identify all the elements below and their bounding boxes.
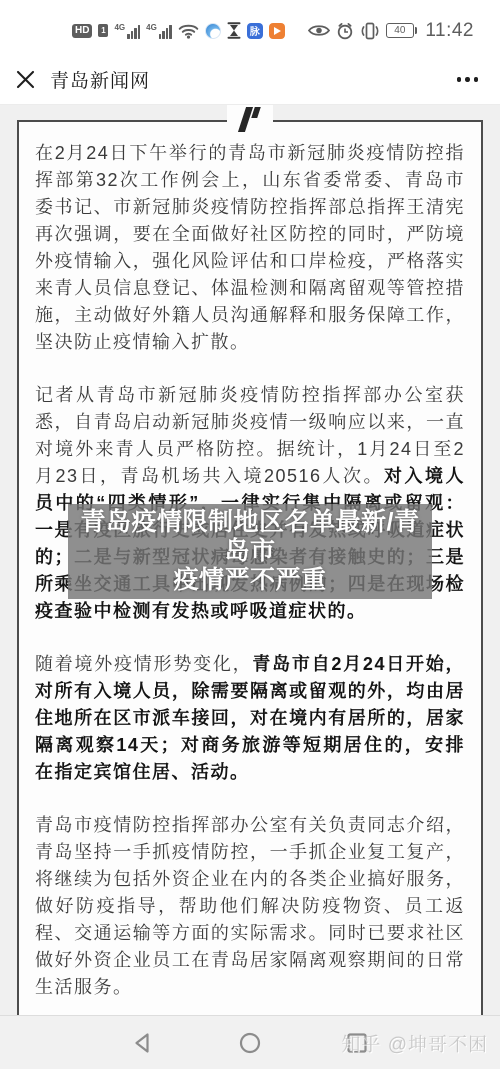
- system-nav-bar: 知乎 @坤哥不困: [0, 1015, 500, 1069]
- hd-voice-icon: HD: [72, 24, 92, 38]
- eye-comfort-icon: [308, 23, 330, 38]
- article-paragraph-4: 青岛市疫情防控指挥部办公室有关负责同志介绍，青岛坚持一手抓疫情防控，一手抓企业复…: [35, 812, 465, 1001]
- maimai-app-icon: 脉: [247, 23, 263, 39]
- alarm-clock-icon: [336, 22, 354, 40]
- overlay-title-line2: 疫情严不严重: [70, 566, 430, 595]
- back-button[interactable]: [131, 1031, 155, 1055]
- battery-icon: 40: [386, 23, 418, 38]
- slash-large: [237, 107, 252, 132]
- overlay-title-line1: 青岛疫情限制地区名单最新/青岛市: [70, 508, 430, 566]
- phone-screen: HD 1 4G 4G: [0, 0, 500, 1069]
- play-triangle-icon: [274, 27, 281, 35]
- status-bar: HD 1 4G 4G: [0, 0, 500, 55]
- sim1-badge-icon: 1: [98, 24, 108, 37]
- close-icon: [15, 69, 36, 90]
- zhihu-watermark: 知乎 @坤哥不困: [341, 1029, 488, 1056]
- status-bar-right-icons: 40 11:42: [308, 20, 474, 42]
- battery-percent: 40: [386, 23, 414, 38]
- overlay-watermark-title: 青岛疫情限制地区名单最新/青岛市 疫情严不严重: [68, 504, 432, 599]
- sim1-signal-icon: 4G: [114, 23, 140, 39]
- more-dot: [457, 77, 462, 82]
- battery-nub: [415, 27, 418, 34]
- back-triangle-icon: [131, 1031, 155, 1055]
- divider-slashes-decoration: [227, 105, 273, 137]
- browser-nav-bar: 青岛新闻网: [0, 55, 500, 105]
- page-title: 青岛新闻网: [50, 66, 457, 93]
- vibrate-mode-icon: [360, 22, 380, 40]
- article-paragraph-1: 在2月24日下午举行的青岛市新冠肺炎疫情防控指挥部第32次工作例会上，山东省委常…: [35, 140, 465, 356]
- home-button[interactable]: [238, 1031, 262, 1055]
- more-dot: [474, 77, 479, 82]
- video-app-icon: [269, 23, 285, 39]
- paragraph-text: 青岛市疫情防控指挥部办公室有关负责同志介绍，青岛坚持一手抓疫情防控，一手抓企业复…: [35, 815, 465, 997]
- home-circle-icon: [238, 1031, 262, 1055]
- paragraph-text: 随着境外疫情形势变化，: [35, 654, 252, 674]
- article-paragraph-3: 随着境外疫情形势变化，青岛市自2月24日开始，对所有入境人员，除需要隔离或留观的…: [35, 651, 465, 786]
- weather-app-icon: [205, 23, 221, 39]
- clock-time: 11:42: [425, 20, 474, 42]
- sim2-network-label: 4G: [146, 23, 157, 32]
- hourglass-icon: [227, 22, 241, 39]
- paragraph-text: 在2月24日下午举行的青岛市新冠肺炎疫情防控指挥部第32次工作例会上，山东省委常…: [35, 143, 465, 352]
- status-bar-left-icons: HD 1 4G 4G: [72, 22, 285, 39]
- sim1-network-label: 4G: [114, 23, 125, 32]
- close-button[interactable]: [15, 69, 36, 90]
- wifi-icon: [178, 22, 199, 39]
- sim2-signal-icon: 4G: [146, 23, 172, 39]
- more-dot: [465, 77, 470, 82]
- more-menu-button[interactable]: [457, 77, 479, 82]
